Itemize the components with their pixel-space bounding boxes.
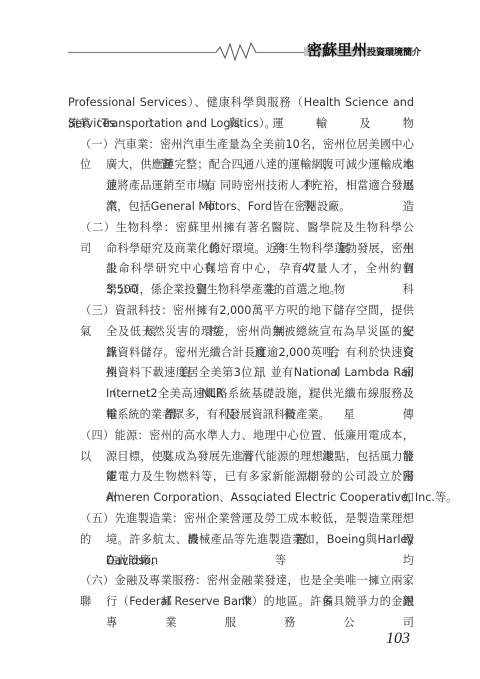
running-title-main: 密蘇里州 — [307, 41, 367, 59]
page-header: 密蘇里州投資環境簡介 — [0, 0, 480, 70]
list-item-line: 行（Federal Reserve Bank）的地區。許多具競爭力的金融專業服務… — [68, 592, 414, 613]
list-item-financial-services: （六）金融及專業服務：密州金融業發達，也是全美唯一擁立兩家聯邦準備銀 — [68, 571, 414, 592]
list-item-line: 廣大，供應鏈完整；配合四通八達的運輸網，可減少運輸成本並有利迅 — [68, 155, 414, 176]
list-item-line: 速將產品運銷至市場，同時密州技術人才充裕，相當適合發展汽車製造 — [68, 176, 414, 197]
list-item-advanced-manufacturing: （五）先進製造業：密州企業營運及勞工成本較低，是製造業理想的設置環 — [68, 509, 414, 530]
list-item-line: 源目標，使其成為發展先進替代能源的理想地點，包括風力發電、太陽 — [68, 447, 414, 468]
list-item-line: 訊資料儲存。密州光纖合計長度逾2,000英哩，有利於快速交換資訊（密 — [68, 343, 414, 364]
list-item-line: 境。許多航太、機械產品等先進製造業如，Boeing與Harley Davidso… — [68, 530, 414, 551]
list-item-energy: （四）能源：密州的高水準人力、地理中心位置、低廉用電成本，以及清潔能 — [68, 426, 414, 447]
list-item-line: 州資料下載速度居全美第3位），並有National Lambda Rail（NL… — [68, 363, 414, 384]
list-marker: （六） — [80, 574, 115, 587]
body-text: Professional Services）、健康科學與服務（Health Sc… — [68, 93, 414, 613]
page-number: 103 — [386, 630, 410, 648]
list-marker: （二） — [80, 221, 116, 234]
intro-line-1: Professional Services）、健康科學與服務（Health Sc… — [68, 93, 414, 114]
list-item-line: 命科學研究及商業化的好環境。近年生物科學蓬勃發展，密州設有47個 — [68, 239, 414, 260]
list-item-information-technology: （三）資訊科技：密州擁有2,000萬平方呎的地下儲存空間，提供氣候控制、安 — [68, 301, 414, 322]
running-title: 密蘇里州投資環境簡介 — [307, 39, 421, 60]
list-item-line: 全及低天然災害的環境，密州尚無被總統宣布為旱災區的紀錄，適合資 — [68, 322, 414, 343]
list-marker: （四） — [80, 429, 115, 442]
list-marker: （一） — [80, 138, 114, 151]
list-item-automotive: （一）汽車業：密州汽車生產量為全美前10名，密州位居美國中心位置，腹地 — [68, 135, 414, 156]
list-item-line: 生命科學研究中心與培育中心，孕育大量人才，全州約有3,500個生物科 — [68, 259, 414, 280]
list-marker: （五） — [80, 512, 115, 525]
list-item-line: 能電力及生物燃料等，已有多家新能源開發的公司設立於密州，如 — [68, 467, 414, 488]
running-title-sub: 投資環境簡介 — [367, 48, 421, 58]
list-marker: （三） — [80, 304, 115, 317]
list-item-line: Ameren Corporation、Associated Electric C… — [68, 488, 414, 509]
list-item-line: Internet2全美高速網路系統基礎設施，提供光纖布線服務、電纜及衛星傳 — [68, 384, 414, 405]
list-item-life-science: （二）生物科學：密蘇里州擁有著名醫院、醫學院及生物科學公司，係發展生 — [68, 218, 414, 239]
